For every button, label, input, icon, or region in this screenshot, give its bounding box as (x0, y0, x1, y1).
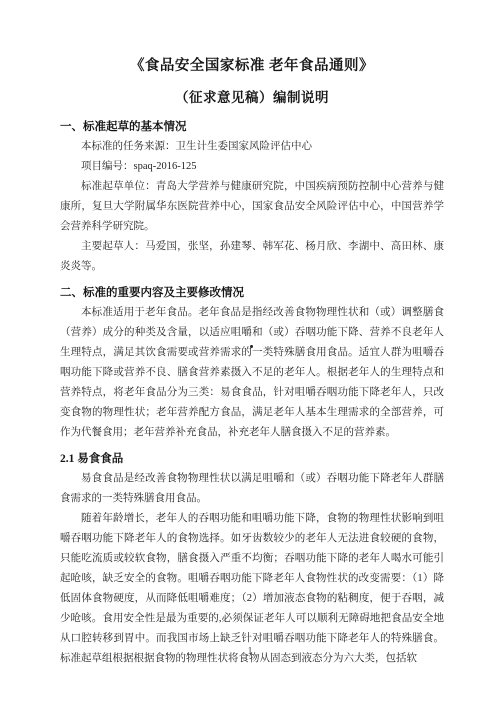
section-easy-food: 2.1 易食食品 易食食品是经改善食物物理性状以满足咀嚼和（或）吞咽功能下降老年… (60, 449, 444, 669)
document-title-line1: 《食品安全国家标准 老年食品通则》 (60, 55, 444, 78)
section-easy-food-heading: 2.1 易食食品 (60, 449, 444, 469)
easy-food-definition-paragraph: 易食食品是经改善食物物理性状以满足咀嚼和（或）吞咽功能下降老年人群膳食需求的一类… (60, 469, 444, 509)
drafting-units-paragraph: 标准起草单位：青岛大学营养与健康研究院，中国疾病预防控制中心营养与健康所，复旦大… (60, 177, 444, 237)
section-main-content-heading: 二、标准的重要内容及主要修改情况 (60, 283, 444, 303)
scope-definition-paragraph: 本标准适用于老年食品。老年食品是指经改善食物物理性状和（或）调整膳食（营养）成分… (60, 303, 444, 443)
document-content: 《食品安全国家标准 老年食品通则》 （征求意见稿）编制说明 一、标准起草的基本情… (60, 55, 444, 669)
task-source-paragraph: 本标准的任务来源：卫生计生委国家风险评估中心 (60, 137, 444, 157)
document-page: 《食品安全国家标准 老年食品通则》 （征求意见稿）编制说明 一、标准起草的基本情… (0, 0, 500, 706)
section-basic-info-heading: 一、标准起草的基本情况 (60, 117, 444, 137)
ink-speck-dot (250, 345, 253, 348)
section-basic-info: 一、标准起草的基本情况 本标准的任务来源：卫生计生委国家风险评估中心 项目编号：… (60, 117, 444, 277)
page-number: 1 (0, 645, 500, 659)
document-title-line2: （征求意见稿）编制说明 (60, 87, 444, 109)
project-number-paragraph: 项目编号：spaq-2016-125 (60, 157, 444, 177)
section-main-content: 二、标准的重要内容及主要修改情况 本标准适用于老年食品。老年食品是指经改善食物物… (60, 283, 444, 443)
main-drafters-paragraph: 主要起草人：马爱国，张坚，孙建琴、韩军花、杨月欣、李湖中、高田林、康炎炎等。 (60, 237, 444, 277)
